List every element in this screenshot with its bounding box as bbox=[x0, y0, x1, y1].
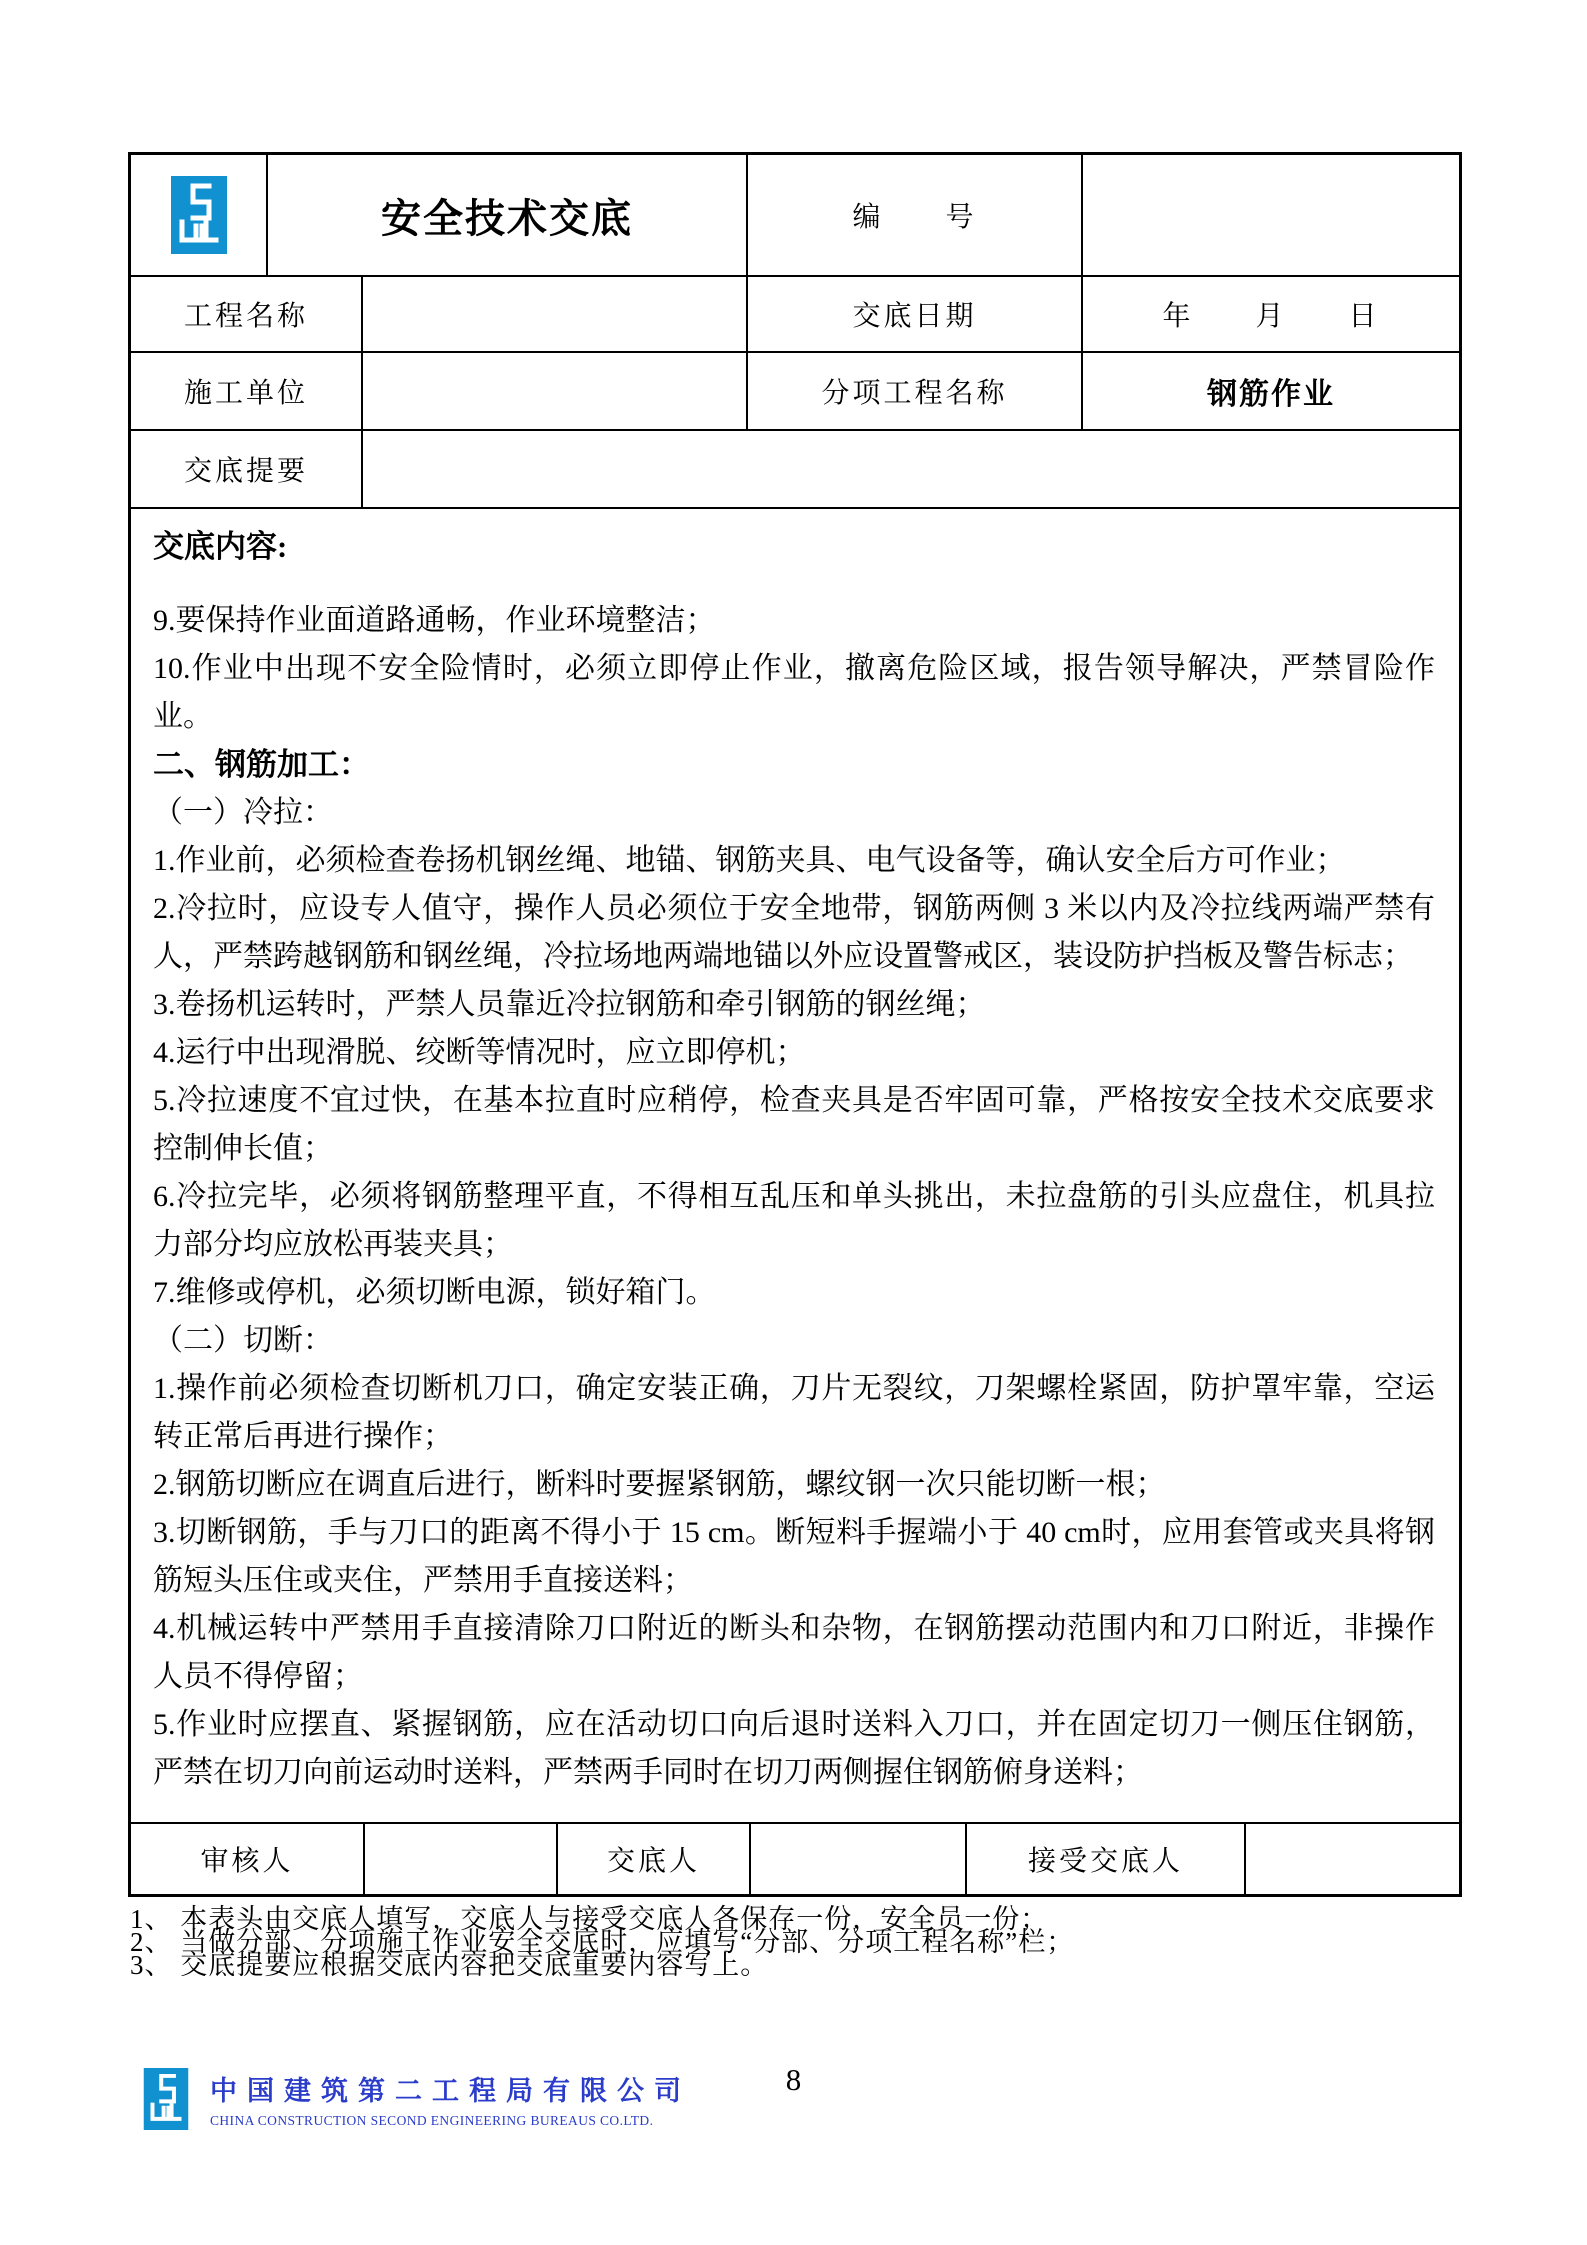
form-title: 安全技术交底 bbox=[381, 187, 633, 244]
subproject-value-cell: 钢筋作业 bbox=[1083, 353, 1459, 429]
discloser-value-cell bbox=[751, 1824, 967, 1894]
disclosure-date-label: 交底日期 bbox=[852, 294, 976, 334]
disclosure-date-label-cell: 交底日期 bbox=[748, 277, 1083, 351]
footer-brand: 中国建筑第二工程局有限公司 CHINA CONSTRUCTION SECOND … bbox=[142, 2068, 691, 2130]
footer-company-name-en: CHINA CONSTRUCTION SECOND ENGINEERING BU… bbox=[210, 2113, 691, 2129]
header-row-summary: 交底提要 bbox=[131, 429, 1459, 507]
number-label: 编 号 bbox=[852, 195, 976, 235]
content-paragraph: 6.冷拉完毕，必须将钢筋整理平直，不得相互乱压和单头挑出，未拉盘筋的引头应盘住，… bbox=[153, 1173, 1435, 1269]
content-paragraph: 10.作业中出现不安全险情时，必须立即停止作业，撤离危险区域，报告领导解决，严禁… bbox=[153, 645, 1435, 741]
project-name-label-cell: 工程名称 bbox=[131, 277, 363, 351]
content-paragraph: 7.维修或停机，必须切断电源，锁好箱门。 bbox=[153, 1269, 1435, 1317]
receiver-label: 接受交底人 bbox=[1028, 1839, 1183, 1879]
content-paragraph: 4.运行中出现滑脱、绞断等情况时，应立即停机； bbox=[153, 1029, 1435, 1077]
form-title-cell: 安全技术交底 bbox=[268, 155, 748, 275]
disclosure-date-value-cell: 年 月 日 bbox=[1083, 277, 1459, 351]
content-subsection-heading: （二）切断： bbox=[153, 1317, 1435, 1365]
header-row-title: 安全技术交底 编 号 bbox=[131, 155, 1459, 275]
safety-disclosure-form: 安全技术交底 编 号 工程名称 交底日期 年 月 日 bbox=[128, 152, 1462, 1897]
receiver-value-cell bbox=[1246, 1824, 1459, 1894]
cscec-logo-icon bbox=[171, 176, 227, 254]
content-paragraph: 4.机械运转中严禁用手直接清除刀口附近的断头和杂物，在钢筋摆动范围内和刀口附近，… bbox=[153, 1605, 1435, 1701]
header-row-unit: 施工单位 分项工程名称 钢筋作业 bbox=[131, 351, 1459, 429]
summary-value-cell bbox=[363, 431, 1459, 507]
reviewer-label: 审核人 bbox=[200, 1839, 293, 1879]
construction-unit-label: 施工单位 bbox=[184, 371, 308, 411]
summary-label: 交底提要 bbox=[184, 449, 308, 489]
receiver-label-cell: 接受交底人 bbox=[967, 1824, 1246, 1894]
reviewer-label-cell: 审核人 bbox=[131, 1824, 365, 1894]
document-page: 安全技术交底 编 号 工程名称 交底日期 年 月 日 bbox=[0, 0, 1587, 2245]
construction-unit-label-cell: 施工单位 bbox=[131, 353, 363, 429]
form-footnotes: 1、 本表头由交底人填写，交底人与接受交底人各保存一份，安全员一份； 2、 当做… bbox=[130, 1908, 1464, 1977]
reviewer-value-cell bbox=[365, 1824, 558, 1894]
subproject-value: 钢筋作业 bbox=[1207, 369, 1335, 413]
footer-company-text: 中国建筑第二工程局有限公司 CHINA CONSTRUCTION SECOND … bbox=[210, 2069, 691, 2129]
content-paragraph: 3.卷扬机运转时，严禁人员靠近冷拉钢筋和牵引钢筋的钢丝绳； bbox=[153, 981, 1435, 1029]
content-paragraph: 1.作业前，必须检查卷扬机钢丝绳、地锚、钢筋夹具、电气设备等，确认安全后方可作业… bbox=[153, 837, 1435, 885]
content-paragraph: 5.作业时应摆直、紧握钢筋，应在活动切口向后退时送料入刀口，并在固定切刀一侧压住… bbox=[153, 1701, 1435, 1797]
discloser-label-cell: 交底人 bbox=[558, 1824, 751, 1894]
content-heading: 交底内容: bbox=[153, 523, 1435, 571]
content-paragraph: 2.冷拉时，应设专人值守，操作人员必须位于安全地带，钢筋两侧 3 米以内及冷拉线… bbox=[153, 885, 1435, 981]
content-paragraph: 1.操作前必须检查切断机刀口，确定安装正确，刀片无裂纹，刀架螺栓紧固，防护罩牢靠… bbox=[153, 1365, 1435, 1461]
content-paragraph: 5.冷拉速度不宜过快，在基本拉直时应稍停，检查夹具是否牢固可靠，严格按安全技术交… bbox=[153, 1077, 1435, 1173]
logo-cell bbox=[131, 155, 268, 275]
number-value-cell bbox=[1083, 155, 1459, 275]
subproject-label-cell: 分项工程名称 bbox=[748, 353, 1083, 429]
subproject-label: 分项工程名称 bbox=[821, 371, 1007, 411]
footer-company-name-cn: 中国建筑第二工程局有限公司 bbox=[210, 2069, 691, 2108]
header-row-project: 工程名称 交底日期 年 月 日 bbox=[131, 275, 1459, 351]
content-paragraph: 3.切断钢筋，手与刀口的距离不得小于 15 cm。断短料手握端小于 40 cm时… bbox=[153, 1509, 1435, 1605]
disclosure-date-value: 年 月 日 bbox=[1162, 294, 1379, 334]
content-paragraph: 9.要保持作业面道路通畅，作业环境整洁； bbox=[153, 597, 1435, 645]
footnote: 3、 交底提要应根据交底内容把交底重要内容写上。 bbox=[130, 1954, 1464, 1977]
content-section-heading: 二、钢筋加工： bbox=[153, 741, 1435, 789]
construction-unit-value-cell bbox=[363, 353, 748, 429]
cscec-footer-logo-icon bbox=[142, 2068, 190, 2130]
content-subsection-heading: （一）冷拉： bbox=[153, 789, 1435, 837]
signoff-row: 审核人 交底人 接受交底人 bbox=[131, 1822, 1459, 1894]
disclosure-content-cell: 交底内容: 9.要保持作业面道路通畅，作业环境整洁； 10.作业中出现不安全险情… bbox=[131, 507, 1459, 1822]
project-name-value-cell bbox=[363, 277, 748, 351]
number-label-cell: 编 号 bbox=[748, 155, 1083, 275]
project-name-label: 工程名称 bbox=[184, 294, 308, 334]
discloser-label: 交底人 bbox=[607, 1839, 700, 1879]
summary-label-cell: 交底提要 bbox=[131, 431, 363, 507]
content-paragraph: 2.钢筋切断应在调直后进行，断料时要握紧钢筋，螺纹钢一次只能切断一根； bbox=[153, 1461, 1435, 1509]
